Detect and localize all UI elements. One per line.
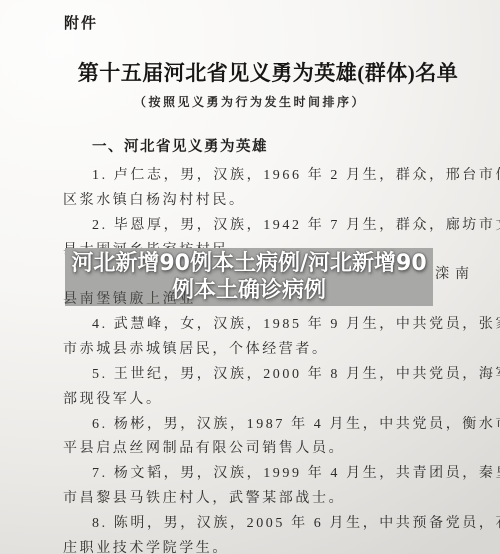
overlay-headline-line2: 例本土确诊病例 xyxy=(60,277,438,304)
body-line-obscured-tail: 滦南 xyxy=(435,263,475,283)
body-line: 1. 卢仁志，男，汉族，1966 年 2 月生，群众，邢台市信都 xyxy=(92,164,500,184)
body-line: 庄职业技术学院学生。 xyxy=(63,537,229,554)
body-line: 平县启点丝网制品有限公司销售人员。 xyxy=(63,437,345,457)
headline-overlay: 河北新增90例本土病例/河北新增90 例本土确诊病例 xyxy=(60,250,438,304)
document-title: 第十五届河北省见义勇为英雄(群体)名单 xyxy=(63,57,473,87)
body-line: 2. 毕恩厚，男，汉族，1942 年 7 月生，群众，廊坊市文安 xyxy=(92,214,500,234)
body-line: 7. 杨文韬，男，汉族，1999 年 4 月生，共青团员，秦皇岛 xyxy=(92,462,500,482)
section-heading: 一、河北省见义勇为英雄 xyxy=(92,135,268,156)
body-line: 区浆水镇白杨沟村村民。 xyxy=(63,189,246,209)
body-line: 8. 陈明，男，汉族，2005 年 6 月生，中共预备党员，石家 xyxy=(92,512,500,532)
body-line: 4. 武慧峰，女，汉族，1985 年 9 月生，中共党员，张家口 xyxy=(92,313,500,333)
document-page: 附件 第十五届河北省见义勇为英雄(群体)名单 （按照见义勇为行为发生时间排序） … xyxy=(0,0,500,554)
body-line: 部现役军人。 xyxy=(63,388,163,408)
document-subtitle: （按照见义勇为行为发生时间排序） xyxy=(0,93,500,110)
body-line: 6. 杨彬，男，汉族，1987 年 4 月生，中共党员，衡水市安 xyxy=(92,413,500,433)
body-line: 5. 王世纪，男，汉族，2000 年 8 月生，中共党员，海军某 xyxy=(92,363,500,383)
body-line: 市赤城县赤城镇居民，个体经营者。 xyxy=(63,338,329,358)
body-line: 市昌黎县马铁庄村人，武警某部战士。 xyxy=(63,487,345,507)
attachment-label: 附件 xyxy=(64,12,98,33)
overlay-headline-line1: 河北新增90例本土病例/河北新增90 xyxy=(60,250,438,277)
